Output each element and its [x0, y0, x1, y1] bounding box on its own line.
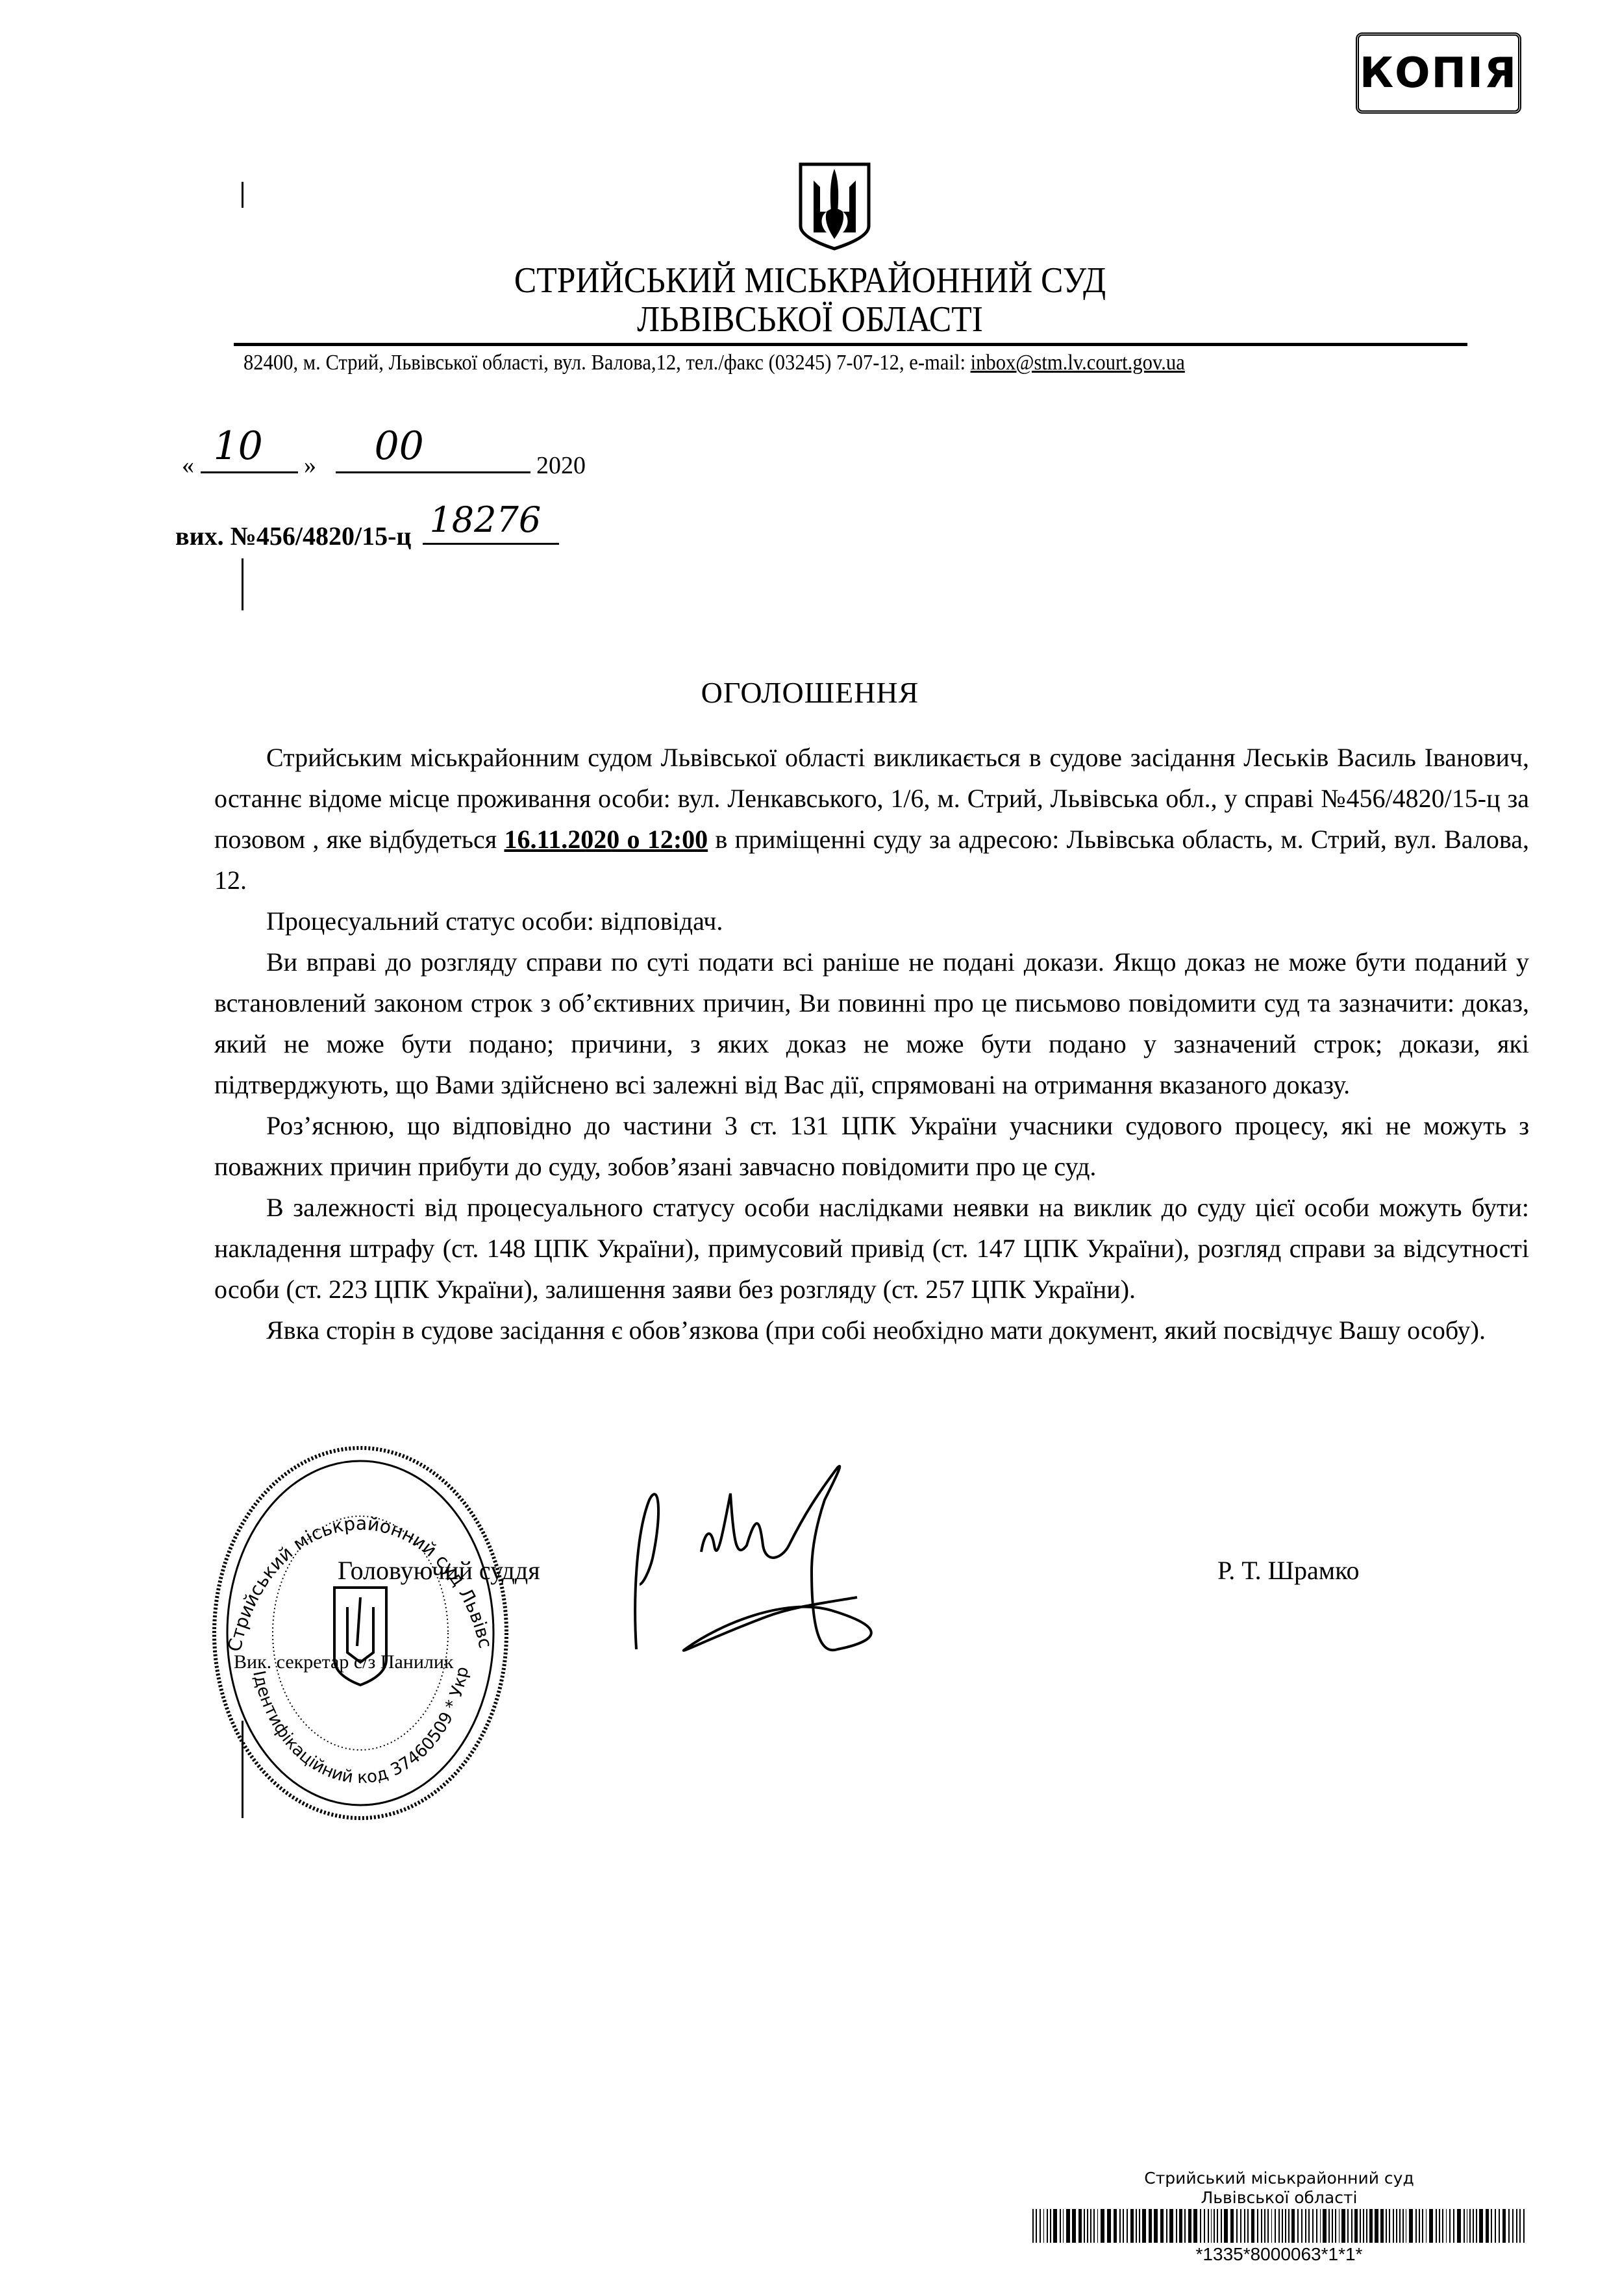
paragraph-consequences: В залежності від процесуального статусу … — [214, 1187, 1529, 1310]
reference-number-field: 18276 — [423, 519, 559, 545]
reference-label: вих. №456/4820/15-ц — [175, 521, 411, 551]
year: 2020 — [536, 452, 586, 479]
reference-handwritten: 18276 — [429, 499, 541, 540]
barcode-bars — [1032, 2209, 1526, 2243]
court-address: 82400, м. Стрий, Львівської області, вул… — [243, 351, 1185, 375]
paragraph-summons: Стрийським міськрайонним судом Львівсько… — [214, 737, 1529, 901]
court-seal: Стрийський міськрайонний суд Львівської … — [195, 1438, 532, 1828]
paragraph-evidence: Ви вправі до розгляду справи по суті под… — [214, 942, 1529, 1105]
seal-outer-text: Стрийський міськрайонний суд Львівської … — [195, 1438, 496, 1653]
scan-mark — [242, 1721, 243, 1818]
paragraph-attendance: Явка сторін в судове засідання є обов’яз… — [214, 1310, 1529, 1351]
trident-coat-of-arms-icon — [797, 161, 872, 252]
outgoing-reference: вих. №456/4820/15-ц 18276 — [175, 519, 559, 551]
judge-name: Р. Т. Шрамко — [1217, 1555, 1360, 1586]
open-quote: « — [182, 452, 194, 479]
court-name-line1: СТРИЙСЬКИЙ МІСЬКРАЙОННИЙ СУД — [65, 260, 1555, 301]
email-link[interactable]: inbox@stm.lv.court.gov.ua — [971, 351, 1185, 375]
notice-body: Стрийським міськрайонним судом Львівсько… — [214, 737, 1529, 1351]
scan-mark — [242, 558, 243, 610]
date-line: « 10 » 00 2020 — [182, 448, 586, 480]
day-handwritten: 10 — [214, 423, 263, 469]
presiding-judge-label: Головуючий суддя — [338, 1555, 540, 1586]
hearing-datetime: 16.11.2020 о 12:00 — [504, 825, 708, 854]
month-field: 00 — [336, 448, 530, 473]
day-field: 10 — [201, 448, 298, 473]
month-handwritten: 00 — [375, 423, 424, 469]
copy-stamp: КОПІЯ — [1356, 32, 1521, 114]
header-divider — [234, 343, 1467, 346]
barcode-title-line1: Стрийський міськрайонний суд — [1032, 2169, 1526, 2188]
secretary-note: Вик. секретар с/з Панилик — [234, 1651, 454, 1673]
copy-stamp-label: КОПІЯ — [1360, 49, 1517, 97]
judge-signature — [623, 1454, 1208, 1669]
notice-title: ОГОЛОШЕННЯ — [0, 675, 1620, 710]
close-quote: » — [304, 452, 316, 479]
address-text: 82400, м. Стрий, Львівської області, вул… — [243, 351, 971, 375]
barcode-number: *1335*8000063*1*1* — [1032, 2244, 1526, 2265]
paragraph-status: Процесуальний статус особи: відповідач. — [214, 901, 1529, 942]
svg-text:Стрийський міськрайонний суд Л: Стрийський міськрайонний суд Львівської … — [195, 1438, 496, 1653]
document-barcode: Стрийський міськрайонний суд Львівської … — [1032, 2169, 1526, 2265]
court-name-line2: ЛЬВІВСЬКОЇ ОБЛАСТІ — [65, 299, 1555, 340]
barcode-title-line2: Львівської області — [1032, 2188, 1526, 2208]
paragraph-explanation: Роз’яснюю, що відповідно до частини 3 ст… — [214, 1105, 1529, 1187]
scan-mark — [242, 182, 243, 208]
